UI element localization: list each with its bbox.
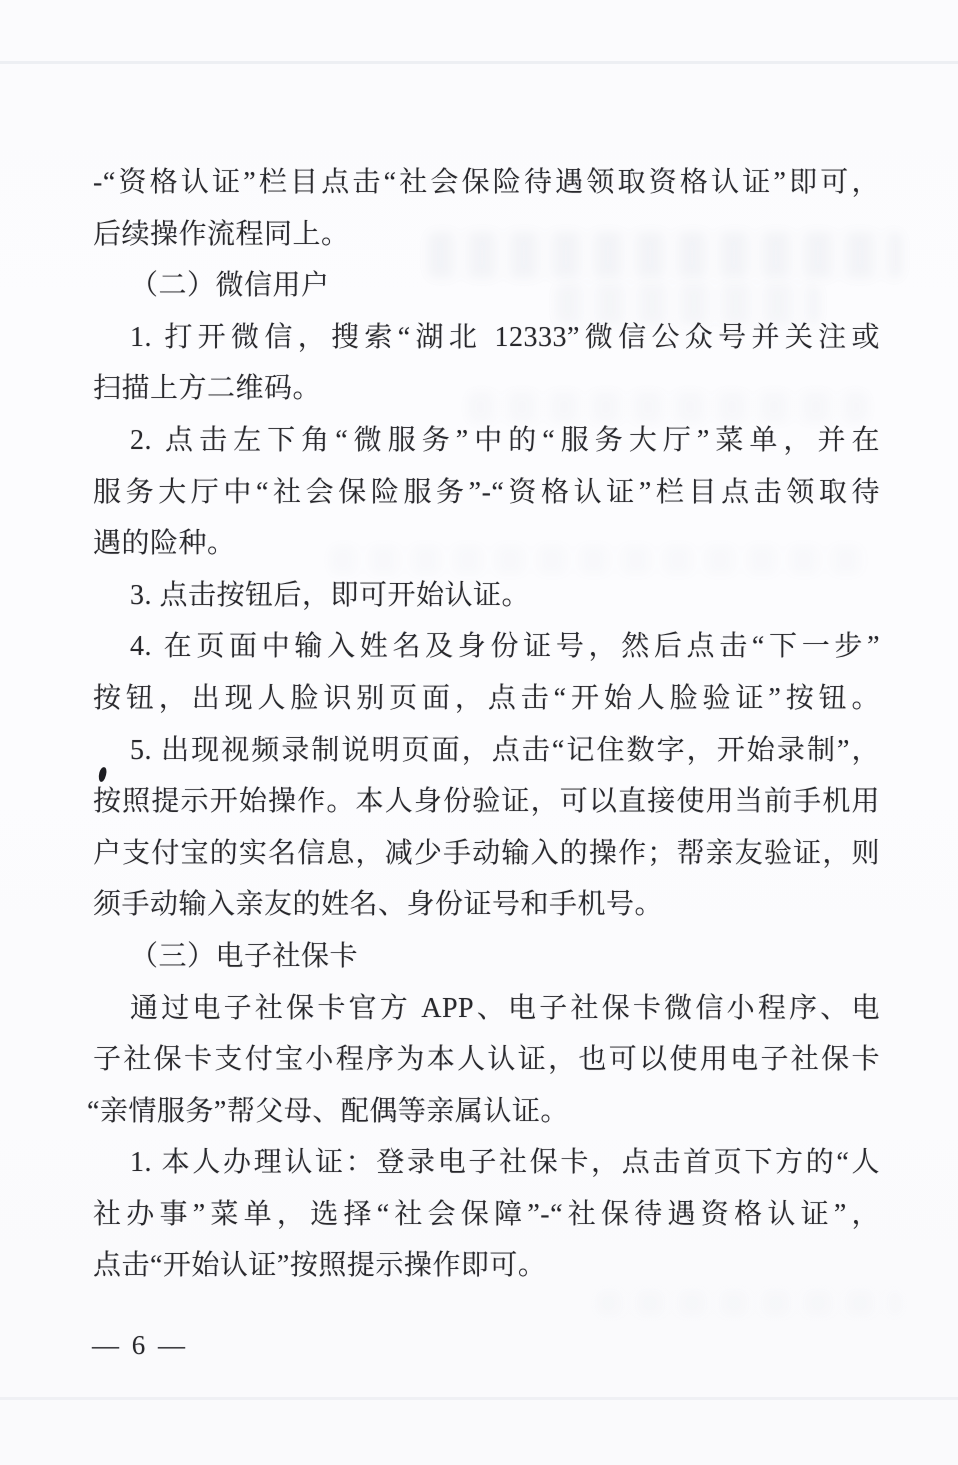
- text-line: 通过电子社保卡官方 APP、电子社保卡微信小程序、电: [93, 983, 880, 1035]
- text-line: 按钮，出现人脸识别页面，点击“开始人脸验证”按钮。: [93, 673, 880, 725]
- text-line: 按照提示开始操作。本人身份验证，可以直接使用当前手机用: [93, 776, 880, 828]
- section-heading: （二）微信用户: [93, 260, 880, 312]
- scanned-document-page: -“资格认证”栏目点击“社会保险待遇领取资格认证”即可， 后续操作流程同上。 （…: [0, 0, 958, 1465]
- bleed-through-smudge: [596, 1290, 902, 1316]
- text-line: 子社保卡支付宝小程序为本人认证，也可以使用电子社保卡: [93, 1034, 880, 1086]
- text-line: 须手动输入亲友的姓名、身份证号和手机号。: [93, 879, 880, 931]
- scan-artifact-line-bottom: [0, 1397, 958, 1400]
- page-number: — 6 —: [92, 1330, 188, 1361]
- scan-artifact-line-top: [0, 61, 958, 64]
- text-line: 户支付宝的实名信息，减少手动输入的操作；帮亲友验证，则: [93, 828, 880, 880]
- text-line: 3. 点击按钮后，即可开始认证。: [93, 570, 880, 622]
- text-line: 遇的险种。: [93, 518, 880, 570]
- text-line: 扫描上方二维码。: [93, 363, 880, 415]
- text-line: 点击“开始认证”按照提示操作即可。: [93, 1240, 880, 1292]
- document-body: -“资格认证”栏目点击“社会保险待遇领取资格认证”即可， 后续操作流程同上。 （…: [93, 157, 880, 1292]
- text-line: 5. 出现视频录制说明页面，点击“记住数字，开始录制”，: [93, 725, 880, 777]
- text-line: “亲情服务”帮父母、配偶等亲属认证。: [87, 1086, 880, 1138]
- text-line: 4. 在页面中输入姓名及身份证号，然后点击“下一步”: [93, 621, 880, 673]
- text-line: 1. 打开微信，搜索“湖北 12333”微信公众号并关注或: [93, 312, 880, 364]
- section-heading: （三）电子社保卡: [93, 931, 880, 983]
- text-line: 社办事”菜单，选择“社会保障”-“社保待遇资格认证”，: [93, 1189, 880, 1241]
- text-line: 1. 本人办理认证：登录电子社保卡，点击首页下方的“人: [93, 1137, 880, 1189]
- text-line: 2. 点击左下角“微服务”中的“服务大厅”菜单，并在: [93, 415, 880, 467]
- text-line: -“资格认证”栏目点击“社会保险待遇领取资格认证”即可，: [93, 157, 880, 209]
- text-line: 后续操作流程同上。: [93, 209, 880, 261]
- text-line: 服务大厅中“社会保险服务”-“资格认证”栏目点击领取待: [93, 467, 880, 519]
